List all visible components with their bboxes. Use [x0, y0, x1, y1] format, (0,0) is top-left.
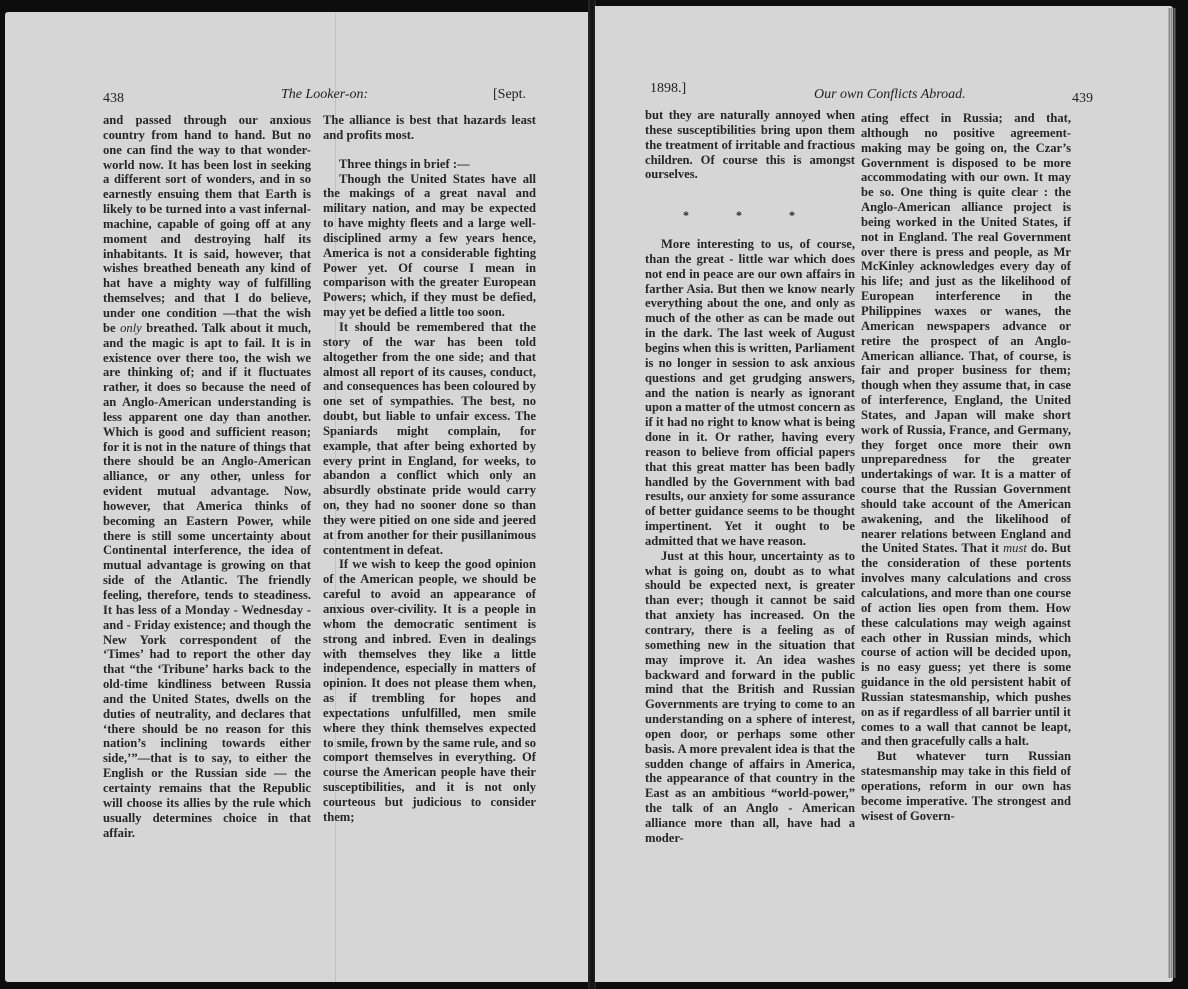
paragraph: but they are naturally annoyed when thes…: [645, 108, 855, 182]
page-number-left: 438: [103, 91, 124, 107]
paragraph: Just at this hour, uncertainty as to wha…: [645, 549, 855, 846]
paragraph: Three things in brief :—: [323, 157, 536, 172]
left-page-column-2: The alliance is best that hazards least …: [323, 113, 536, 825]
emphasis: only: [120, 321, 142, 335]
page-edges: [1168, 8, 1176, 978]
running-title-right: Our own Conflicts Abroad.: [814, 87, 966, 103]
page-number-right: 439: [1072, 91, 1093, 107]
paragraph: But whatever turn Russian statesmanship …: [861, 749, 1071, 823]
emphasis: must: [1003, 541, 1027, 555]
left-page: 438 The Looker-on: [Sept. and passed thr…: [5, 12, 589, 982]
paragraph: ating effect in Russia; and that, althou…: [861, 111, 1071, 749]
paragraph: The alliance is best that hazards least …: [323, 113, 536, 143]
date-mark-left: [Sept.: [493, 87, 526, 103]
paragraph: If we wish to keep the good opinion of t…: [323, 557, 536, 824]
paragraph: It should be remembered that the story o…: [323, 320, 536, 558]
paragraph: and passed through our anxious country f…: [103, 113, 311, 840]
left-page-column-1: and passed through our anxious country f…: [103, 113, 311, 840]
running-title-left: The Looker-on:: [281, 87, 368, 103]
paragraph: More interesting to us, of course, than …: [645, 237, 855, 549]
right-page-column-2: ating effect in Russia; and that, althou…: [861, 111, 1071, 824]
right-page-column-1: but they are naturally annoyed when thes…: [645, 108, 855, 846]
right-page: 1898.] Our own Conflicts Abroad. 439 but…: [595, 6, 1173, 982]
section-separator: * * *: [645, 208, 855, 223]
paragraph: Though the United States have all the ma…: [323, 172, 536, 320]
date-mark-right: 1898.]: [650, 81, 686, 97]
